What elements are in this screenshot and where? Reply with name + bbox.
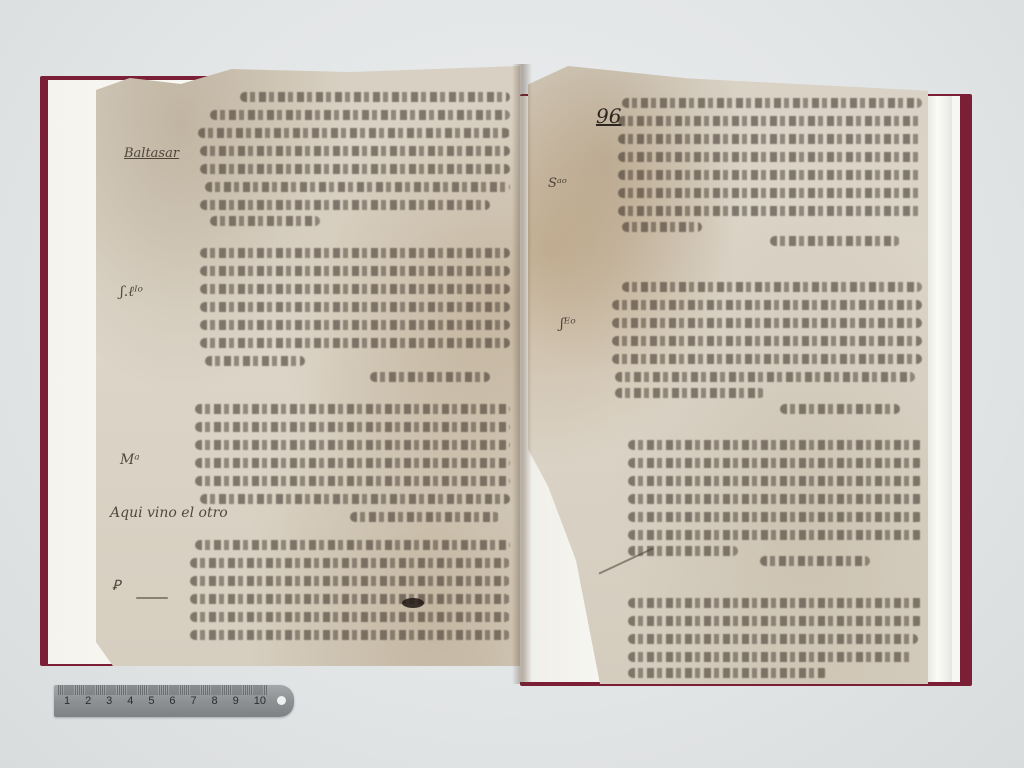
ruler-number: 8 <box>212 695 218 707</box>
ruler-number: 1 <box>64 695 70 707</box>
ruler-number: 6 <box>169 695 175 707</box>
margin-underline <box>136 597 168 599</box>
metal-ruler: 1 2 3 4 5 6 7 8 9 10 <box>54 685 294 717</box>
page-edges-right <box>928 96 952 682</box>
ruler-number: 5 <box>148 695 154 707</box>
ruler-ticks <box>58 685 268 695</box>
ruler-number: 2 <box>85 695 91 707</box>
ruler-number: 9 <box>233 695 239 707</box>
margin-mark-2: ʃ.ℓᴵᵒ <box>120 284 143 301</box>
margin-mark-4: Ꝑ <box>112 578 120 594</box>
ruler-hanging-hole <box>277 696 286 705</box>
margin-note-aqui-vino: Aqui vino el otro <box>110 505 228 521</box>
ruler-numbers: 1 2 3 4 5 6 7 8 9 10 <box>64 695 266 707</box>
margin-mark-r1: Sᵃᵒ <box>548 176 567 191</box>
ruler-number: 3 <box>106 695 112 707</box>
photo-background: Baltasar ʃ.ℓᴵᵒ Mᵃ Aqui vino el otro Ꝑ 96… <box>0 0 1024 768</box>
ruler-number: 4 <box>127 695 133 707</box>
page-number: 96 <box>596 104 621 128</box>
margin-mark-3: Mᵃ <box>120 452 140 468</box>
margin-note-baltasar: Baltasar <box>124 146 179 161</box>
ink-blot <box>402 598 424 608</box>
ruler-number: 10 <box>254 695 266 707</box>
margin-mark-r2: ʃᴱᵒ <box>560 316 576 332</box>
ruler-number: 7 <box>190 695 196 707</box>
book-gutter <box>512 64 532 684</box>
